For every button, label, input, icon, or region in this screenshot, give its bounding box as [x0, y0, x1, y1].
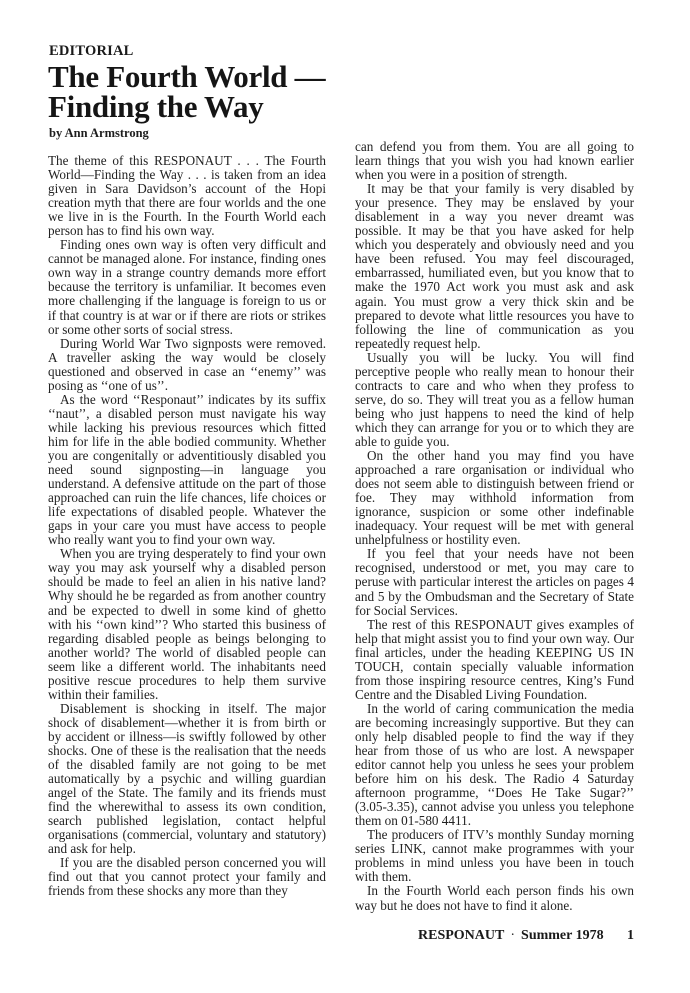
paragraph: During World War Two signposts were remo…: [48, 337, 326, 393]
paragraph: The rest of this RESPONAUT gives example…: [355, 618, 634, 702]
paragraph: The theme of this RESPONAUT . . . The Fo…: [48, 154, 326, 238]
paragraph: Usually you will be lucky. You will find…: [355, 351, 634, 449]
title-line-2: Finding the Way: [48, 89, 263, 124]
paragraph: As the word ‘‘Responaut’’ indicates by i…: [48, 393, 326, 548]
paragraph: The producers of ITV’s monthly Sunday mo…: [355, 828, 634, 884]
paragraph: can defend you from them. You are all go…: [355, 140, 634, 182]
paragraph: Finding ones own way is often very diffi…: [48, 238, 326, 336]
paragraph: If you are the disabled person concerned…: [48, 856, 326, 898]
paragraph: Disablement is shocking in itself. The m…: [48, 702, 326, 857]
paragraph: In the Fourth World each person finds hi…: [355, 884, 634, 912]
byline: by Ann Armstrong: [49, 126, 149, 141]
paragraph: On the other hand you may find you have …: [355, 449, 634, 547]
page-footer: RESPONAUT·Summer 1978 1: [418, 928, 634, 944]
paragraph: When you are trying desperately to find …: [48, 547, 326, 702]
footer-publication: RESPONAUT·Summer 1978: [418, 928, 604, 944]
section-label: EDITORIAL: [49, 43, 134, 60]
paragraph: In the world of caring communication the…: [355, 702, 634, 828]
paragraph: It may be that your family is very disab…: [355, 182, 634, 351]
article-left-column: The theme of this RESPONAUT . . . The Fo…: [48, 154, 326, 898]
article-right-column: can defend you from them. You are all go…: [355, 140, 634, 913]
article-title: The Fourth World — Finding the Way: [48, 62, 325, 122]
footer-issue: Summer 1978: [521, 928, 604, 943]
footer-separator: ·: [510, 928, 515, 943]
page-number: 1: [627, 928, 634, 944]
paragraph: If you feel that your needs have not bee…: [355, 547, 634, 617]
